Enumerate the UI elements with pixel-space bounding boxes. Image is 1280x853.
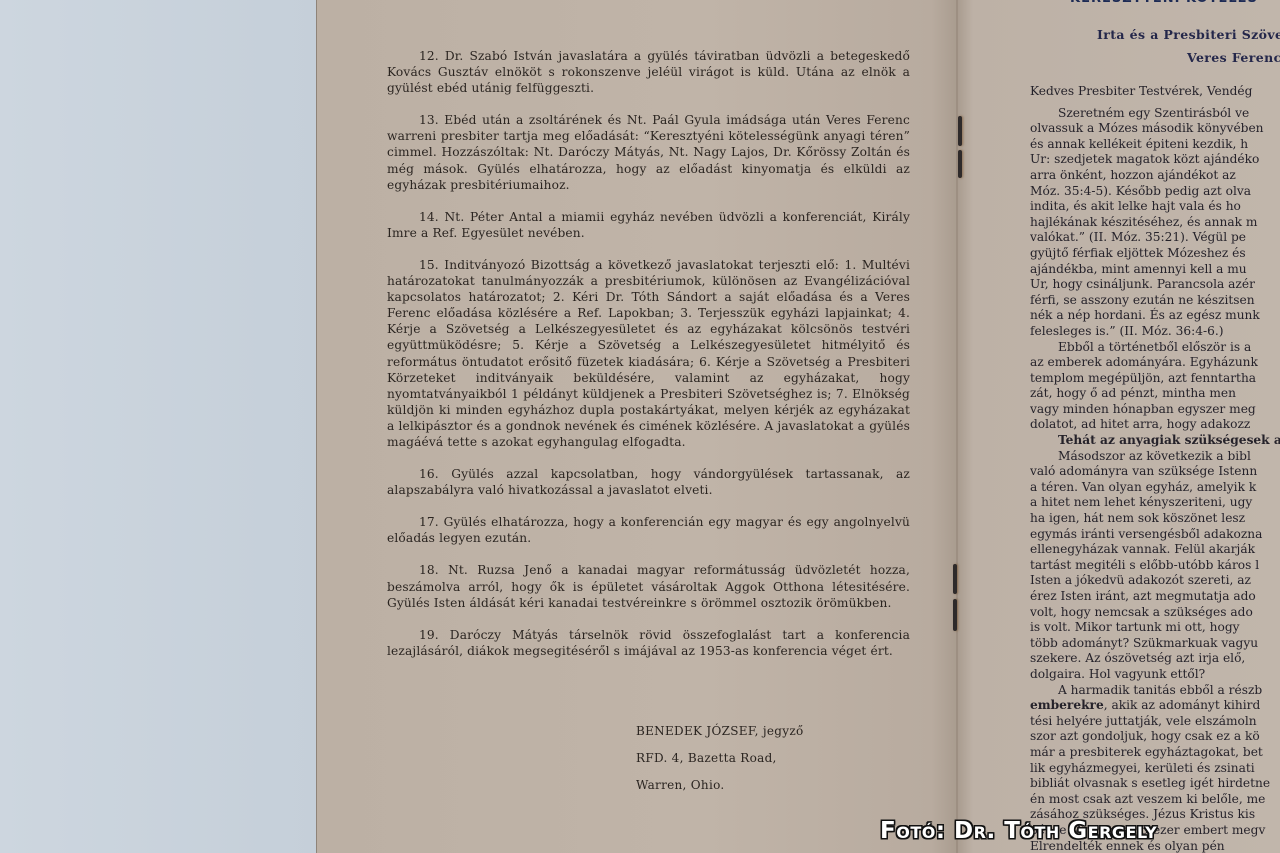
paragraph-19: 19. Daróczy Mátyás társelnök rövid össze… (387, 627, 910, 659)
article-line: érez Isten iránt, azt megmutatja ado (1030, 589, 1280, 605)
article-line: Másodszor az következik a bibl (1030, 449, 1280, 465)
article-line: a téren. Van olyan egyház, amelyik k (1030, 480, 1280, 496)
article-line: való adományra van szüksége Istenn (1030, 464, 1280, 480)
article-line: szor azt gondoljuk, hogy csak ez a kö (1030, 729, 1280, 745)
article-line: szekere. Az ószövetség azt irja elő, (1030, 651, 1280, 667)
article-line: volt, hogy nemcsak a szükséges ado (1030, 605, 1280, 621)
photo-credit-watermark: Fotó: Dr. Tóth Gergely (880, 818, 1157, 844)
article-line: én most csak azt veszem ki belőle, me (1030, 792, 1280, 808)
article-line: hajlékának készitéséhez, és annak m (1030, 215, 1280, 231)
signature-block: BENEDEK JÓZSEF, jegyző RFD. 4, Bazetta R… (636, 718, 803, 799)
article-line: Kedves Presbiter Testvérek, Vendég (1030, 84, 1280, 100)
article-byline-2: Veres Ferenc (1187, 50, 1280, 65)
article-line: Ebből a történetből először is a (1030, 340, 1280, 356)
article-line: az emberek adományára. Egyházunk (1030, 355, 1280, 371)
article-line: ajándékba, mint amennyi kell a mu (1030, 262, 1280, 278)
article-line: dolatot, ad hitet arra, hogy adakozz (1030, 417, 1280, 433)
article-line: Móz. 35:4-5). Később pedig azt olva (1030, 184, 1280, 200)
article-line: férfi, se asszony ezután ne készitsen (1030, 293, 1280, 309)
article-line: olvassuk a Mózes második könyvében (1030, 121, 1280, 137)
staple-bottom-lower (953, 599, 957, 631)
article-line: felesleges is.” (II. Móz. 36:4-6.) (1030, 324, 1280, 340)
paragraph-17: 17. Gyülés elhatározza, hogy a konferenc… (387, 514, 910, 546)
article-line: arra önként, hozzon ajándékot az (1030, 168, 1280, 184)
article-line: a hitet nem lehet kényszeriteni, ugy (1030, 495, 1280, 511)
article-line: dolgaira. Hol vagyunk ettől? (1030, 667, 1280, 683)
article-line: és annak kellékeit épiteni kezdik, h (1030, 137, 1280, 153)
article-line: nék a nép hordani. És az egész munk (1030, 308, 1280, 324)
article-line: vagy minden hónapban egyszer meg (1030, 402, 1280, 418)
article-line: zát, hogy ő ad pénzt, mintha men (1030, 386, 1280, 402)
article-line: templom megépüljön, azt fenntartha (1030, 371, 1280, 387)
article-body: Kedves Presbiter Testvérek, VendégSzeret… (1030, 84, 1280, 853)
article-line: bibliát olvasnak s esetleg igét hirdetne (1030, 776, 1280, 792)
minutes-text: 12. Dr. Szabó István javaslatára a gyülé… (387, 48, 910, 675)
signatory-name: BENEDEK JÓZSEF, jegyző (636, 718, 803, 745)
article-byline-1: Irta és a Presbiteri Szöve (1097, 27, 1280, 42)
article-line: több adományt? Szükmarkuak vagyu (1030, 636, 1280, 652)
article-line: már a presbiterek egyháztagokat, bet (1030, 745, 1280, 761)
staple-top-upper (958, 116, 962, 146)
signatory-address-line2: Warren, Ohio. (636, 772, 803, 799)
article-line: A harmadik tanitás ebből a részb (1030, 683, 1280, 699)
article-line: emberekre, akik az adományt kihird (1030, 698, 1280, 714)
staple-top-lower (958, 150, 962, 178)
article-line: Ur: szedjetek magatok közt ajándéko (1030, 152, 1280, 168)
article-line: ellenegyházak vannak. Felül akarják (1030, 542, 1280, 558)
article-line: ha igen, hát nem sok köszönet lesz (1030, 511, 1280, 527)
article-line: gyüjtő férfiak eljöttek Mózeshez és (1030, 246, 1280, 262)
article-line: Tehát az anyagiak szükségesek a (1030, 433, 1280, 449)
paragraph-12: 12. Dr. Szabó István javaslatára a gyülé… (387, 48, 910, 96)
article-heading: KERESZTYÉNI KÖTELES (1070, 0, 1258, 6)
article-line: tartást megitéli s előbb-utóbb káros l (1030, 558, 1280, 574)
signatory-address-line1: RFD. 4, Bazetta Road, (636, 745, 803, 772)
staple-bottom-upper (953, 564, 957, 594)
paragraph-16: 16. Gyülés azzal kapcsolatban, hogy vánd… (387, 466, 910, 498)
article-line: egymás iránti versengésből adakozna (1030, 527, 1280, 543)
article-line: Ur, hogy csináljunk. Parancsola azér (1030, 277, 1280, 293)
article-line: lik egyházmegyei, kerületi és zsinati (1030, 761, 1280, 777)
paragraph-18: 18. Nt. Ruzsa Jenő a kanadai magyar refo… (387, 562, 910, 610)
paragraph-15: 15. Inditványozó Bizottság a következő j… (387, 257, 910, 450)
article-line: Isten a jókedvü adakozót szereti, az (1030, 573, 1280, 589)
article-line: Szeretném egy Szentirásból ve (1030, 106, 1280, 122)
paragraph-13: 13. Ebéd után a zsoltárének és Nt. Paál … (387, 112, 910, 192)
article-line: is volt. Mikor tartunk mi ott, hogy (1030, 620, 1280, 636)
background-surface (0, 0, 316, 853)
article-line: indita, és akit lelke hajt vala és ho (1030, 199, 1280, 215)
article-line: valókat.” (II. Móz. 35:21). Végül pe (1030, 230, 1280, 246)
paragraph-14: 14. Nt. Péter Antal a miamii egyház nevé… (387, 209, 910, 241)
article-line: tési helyére juttatják, vele elszámoln (1030, 714, 1280, 730)
